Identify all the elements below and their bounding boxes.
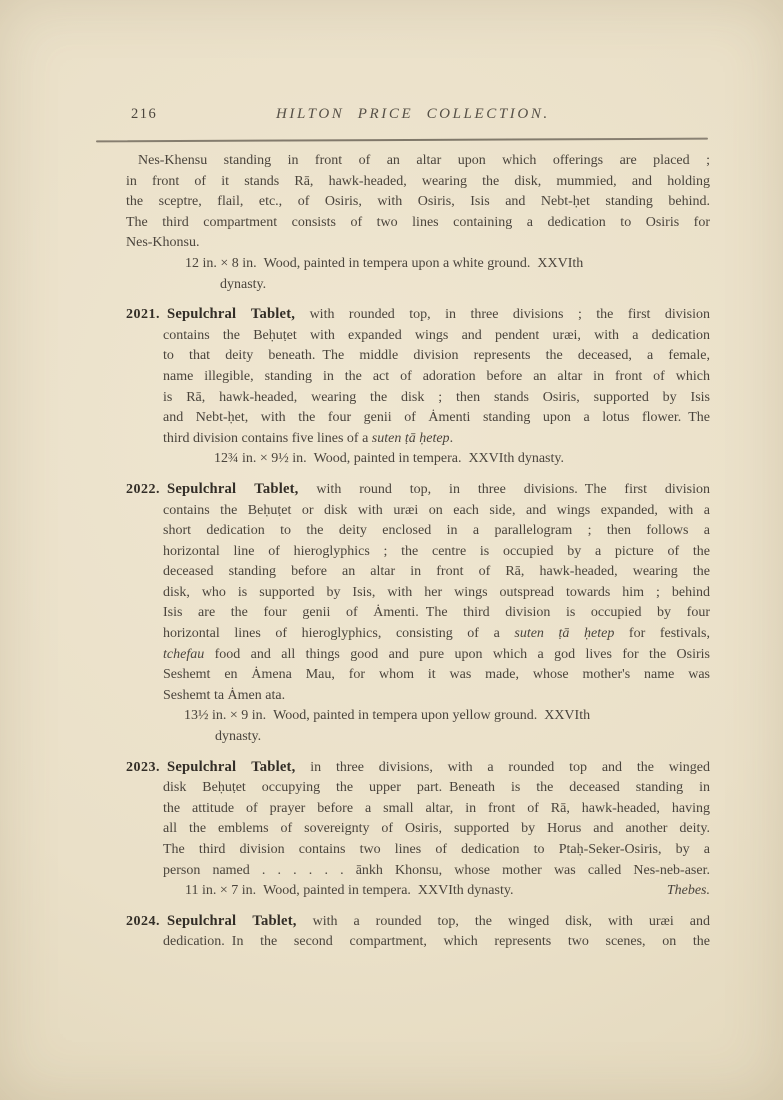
text-line: contains the Beḥuṭet with expanded wings… <box>163 326 710 347</box>
dimension-line: 12¾ in. × 9½ in. Wood, painted in temper… <box>214 449 710 470</box>
text-line: all the emblems of sovereignty of Osiris… <box>163 819 710 840</box>
dimension-line: 12 in. × 8 in. Wood, painted in tempera … <box>185 254 710 275</box>
entry-text: with round top, in three divisions. The … <box>299 482 710 497</box>
italic-transliteration: suten ṭā ḥetep <box>514 626 614 641</box>
italic-transliteration: tchefau <box>163 647 204 662</box>
text-line: Seshemt ta Ȧmen ata. <box>163 686 710 707</box>
dimension-text: 11 in. × 7 in. Wood, painted in tempera.… <box>185 883 513 898</box>
catalog-content: Nes-Khensu standing in front of an altar… <box>126 151 710 962</box>
dimension-line: 13½ in. × 9 in. Wood, painted in tempera… <box>184 706 710 727</box>
text-line: The third compartment consists of two li… <box>126 213 710 234</box>
text-line: horizontal lines of hieroglyphics, consi… <box>163 624 710 645</box>
entry-text: third division contains five lines of a <box>163 431 372 446</box>
text-line: Nes-Khensu standing in front of an altar… <box>126 151 710 172</box>
provenance: Thebes. <box>667 881 710 902</box>
entry-text: food and all things good and pure upon w… <box>204 647 710 662</box>
entry-2022: 2022.Sepulchral Tablet, with round top, … <box>126 479 710 748</box>
header-rule <box>96 138 708 142</box>
entry-number: 2021. <box>126 307 160 322</box>
text-line: contains the Beḥuṭet or disk with uræi o… <box>163 501 710 522</box>
entry-number: 2024. <box>126 914 160 929</box>
entry-heading-line: 2023.Sepulchral Tablet, in three divisio… <box>126 757 710 779</box>
text-line: disk Beḥuṭet occupying the upper part. B… <box>163 778 710 799</box>
text-line: name illegible, standing in the act of a… <box>163 367 710 388</box>
catalog-page: 216 HILTON PRICE COLLECTION. Nes-Khensu … <box>0 0 783 1100</box>
text-line: dedication. In the second compartment, w… <box>163 932 710 953</box>
entry-text: . <box>450 431 454 446</box>
text-line: Nes-Khonsu. <box>126 233 710 254</box>
text-line: in front of it stands Rā, hawk-headed, w… <box>126 172 710 193</box>
text-line: Seshemt en Ȧmena Mau, for whom it was ma… <box>163 665 710 686</box>
dimension-line: dynasty. <box>215 727 710 748</box>
text-line: short dedication to the deity enclosed i… <box>163 521 710 542</box>
text-line: Isis are the four genii of Ȧmenti. The t… <box>163 603 710 624</box>
text-line: the attitude of prayer before a small al… <box>163 799 710 820</box>
text-line: person named . . . . . . ānkh Khonsu, wh… <box>163 861 710 882</box>
entry-title: Sepulchral Tablet, <box>167 306 295 322</box>
text-line: the sceptre, flail, etc., of Osiris, wit… <box>126 192 710 213</box>
entry-heading-line: 2021.Sepulchral Tablet, with rounded top… <box>126 304 710 326</box>
entry-text: for festivals, <box>614 626 710 641</box>
entry-heading-line: 2024.Sepulchral Tablet, with a rounded t… <box>126 911 710 933</box>
entry-text: with a rounded top, the winged disk, wit… <box>297 914 710 929</box>
text-line: tchefau food and all things good and pur… <box>163 645 710 666</box>
text-line: disk, who is supported by Isis, with her… <box>163 583 710 604</box>
entry-title: Sepulchral Tablet, <box>167 759 295 775</box>
entry-number: 2022. <box>126 482 160 497</box>
entry-2024: 2024.Sepulchral Tablet, with a rounded t… <box>126 911 710 953</box>
text-line: and Nebt-ḥet, with the four genii of Ȧme… <box>163 408 710 429</box>
entry-heading-line: 2022.Sepulchral Tablet, with round top, … <box>126 479 710 501</box>
entry-number: 2023. <box>126 760 160 775</box>
entry-text: with rounded top, in three divisions ; t… <box>295 307 710 322</box>
running-header: HILTON PRICE COLLECTION. <box>276 106 550 123</box>
entry-title: Sepulchral Tablet, <box>167 481 299 497</box>
entry-title: Sepulchral Tablet, <box>167 913 297 929</box>
continuation-paragraph: Nes-Khensu standing in front of an altar… <box>126 151 710 295</box>
dimension-line: dynasty. <box>220 275 710 296</box>
dimension-line: 11 in. × 7 in. Wood, painted in tempera.… <box>185 881 710 902</box>
text-line: is Rā, hawk-headed, wearing the disk ; t… <box>163 388 710 409</box>
text-line: third division contains five lines of a … <box>163 429 710 450</box>
page-number: 216 <box>131 106 157 123</box>
text-line: to that deity beneath. The middle divisi… <box>163 346 710 367</box>
entry-2023: 2023.Sepulchral Tablet, in three divisio… <box>126 757 710 902</box>
italic-transliteration: suten ṭā ḥetep <box>372 431 450 446</box>
entry-text: horizontal lines of hieroglyphics, consi… <box>163 626 514 641</box>
text-line: The third division contains two lines of… <box>163 840 710 861</box>
entry-2021: 2021.Sepulchral Tablet, with rounded top… <box>126 304 710 470</box>
text-line: horizontal line of hieroglyphics ; the c… <box>163 542 710 563</box>
entry-text: in three divisions, with a rounded top a… <box>295 760 710 775</box>
text-line: deceased standing before an altar in fro… <box>163 562 710 583</box>
